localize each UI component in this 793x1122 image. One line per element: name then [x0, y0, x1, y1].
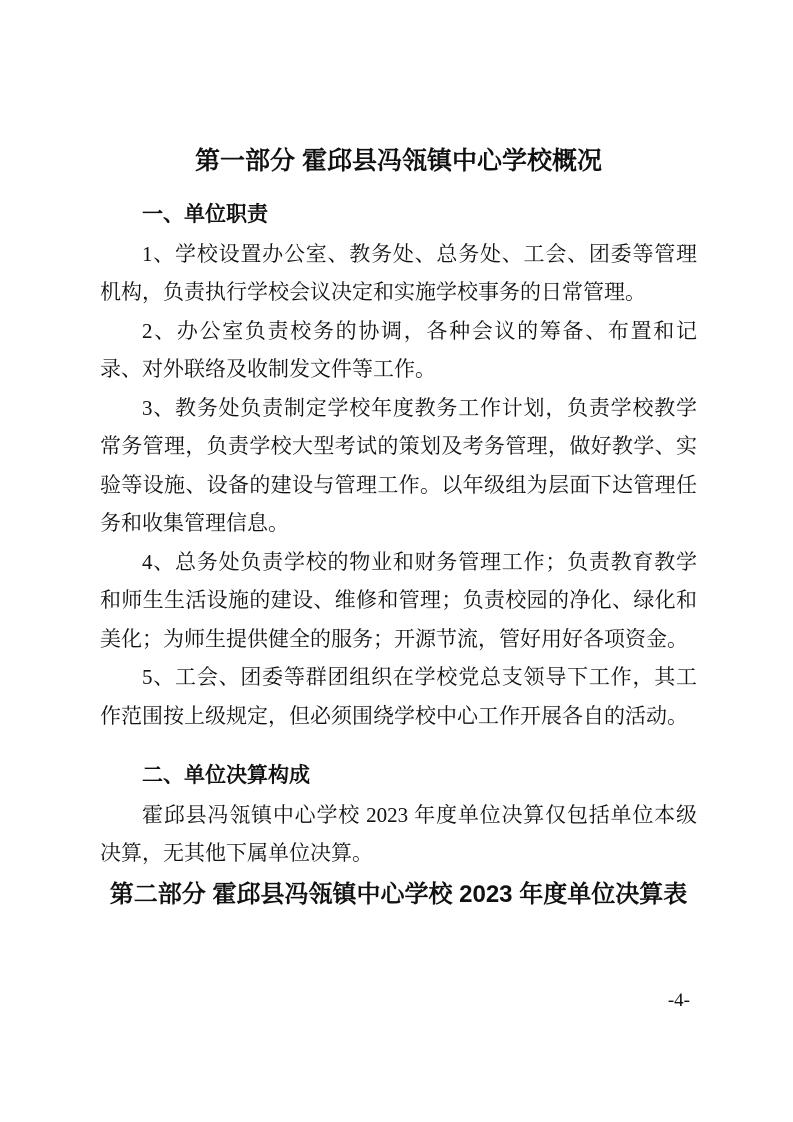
document-page: 第一部分 霍邱县冯瓴镇中心学校概况 一、单位职责 1、学校设置办公室、教务处、总…	[0, 0, 793, 1122]
section-2-paragraph: 霍邱县冯瓴镇中心学校 2023 年度单位决算仅包括单位本级决算，无其他下属单位决…	[100, 796, 697, 873]
part2-title: 第二部分 霍邱县冯瓴镇中心学校 2023 年度单位决算表	[100, 873, 697, 917]
part1-title: 第一部分 霍邱县冯瓴镇中心学校概况	[100, 140, 697, 182]
section-1-paragraph: 4、总务处负责学校的物业和财务管理工作；负责教育教学和师生生活设施的建设、维修和…	[100, 543, 697, 659]
section-1-heading: 一、单位职责	[100, 196, 697, 235]
section-1-paragraph: 3、教务处负责制定学校年度教务工作计划，负责学校教学常务管理，负责学校大型考试的…	[100, 389, 697, 543]
page-number: -4-	[668, 990, 690, 1012]
document-content: 第一部分 霍邱县冯瓴镇中心学校概况 一、单位职责 1、学校设置办公室、教务处、总…	[100, 140, 697, 917]
section-2-heading: 二、单位决算构成	[100, 757, 697, 796]
section-1-paragraph: 5、工会、团委等群团组织在学校党总支领导下工作，其工作范围按上级规定，但必须围绕…	[100, 658, 697, 735]
section-1-paragraph: 1、学校设置办公室、教务处、总务处、工会、团委等管理机构，负责执行学校会议决定和…	[100, 235, 697, 312]
section-1-paragraph: 2、办公室负责校务的协调，各种会议的筹备、布置和记录、对外联络及收制发文件等工作…	[100, 312, 697, 389]
